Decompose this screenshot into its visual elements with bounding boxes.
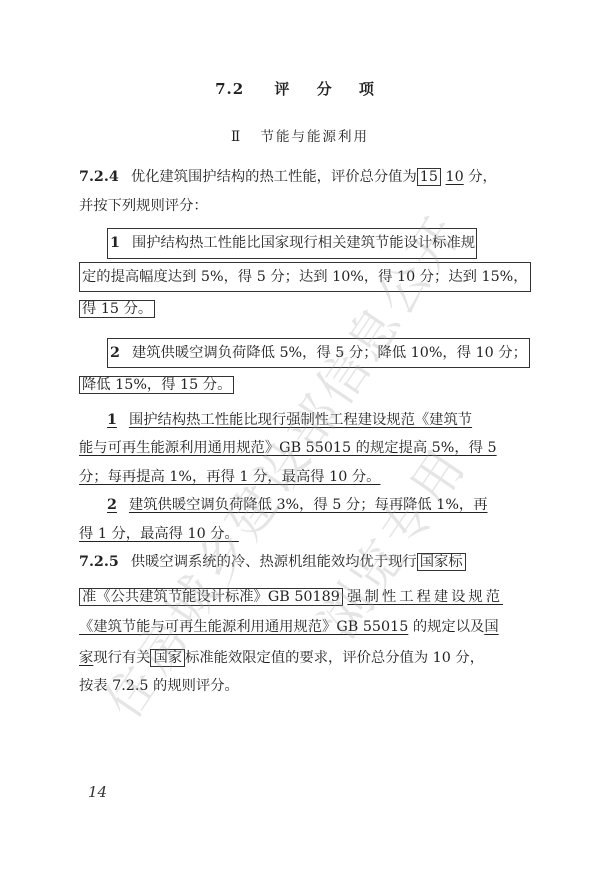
section-word: 分 [317, 80, 333, 98]
deleted-text: 15 [417, 168, 441, 186]
inserted-text: 能与可再生能源利用通用规范》GB 55015 的规定提高 5%，得 5 [79, 440, 497, 456]
clause-number: 7.2.4 [79, 169, 119, 185]
inserted-text: 2建筑供暖空调负荷降低 3%，得 5 分；每再降低 1%，再 [107, 497, 488, 513]
clause-7-2-5-line2: 准《公共建筑节能设计标准》GB 50189 强制性工程建设规范 [79, 583, 521, 612]
deleted-text: 1围护结构热工性能比国家现行相关建筑节能设计标准规 [107, 228, 477, 259]
item-number: 1 [110, 235, 120, 251]
clause-7-2-5-line3: 《建筑节能与可再生能源利用通用规范》GB 55015 的规定以及国 [79, 613, 521, 642]
inserted-text: 分；每再提高 1%，再得 1 分，最高得 10 分。 [79, 469, 380, 485]
inserted-text: 10 [446, 169, 464, 185]
new-item-1: 1围护结构热工性能比现行强制性工程建设规范《建筑节 [79, 406, 521, 435]
deleted-text: 国家标 [417, 553, 466, 571]
clause-text: 供暖空调系统的冷、热源机组能效均优于现行 [131, 554, 417, 570]
old-item-1-cont: 定的提高幅度达到 5%，得 5 分；达到 10%，得 10 分；达到 15%， [79, 262, 521, 291]
clause-text: 的规定以及 [408, 619, 484, 635]
new-item-2: 2建筑供暖空调负荷降低 3%，得 5 分；每再降低 1%，再 [79, 491, 521, 520]
clause-line: 并按下列规则评分： [79, 192, 521, 221]
clause-text: 现行有关 [93, 650, 150, 666]
inserted-text: 《建筑节能与可再生能源利用通用规范》GB 55015 [79, 619, 408, 635]
deleted-text: 国家 [150, 649, 185, 667]
new-item-2-cont: 得 1 分，最高得 10 分。 [79, 520, 521, 549]
item-text: 围护结构热工性能比现行强制性工程建设规范《建筑节 [129, 412, 472, 428]
deleted-text: 得 15 分。 [79, 300, 155, 318]
clause-7-2-4: 7.2.4优化建筑围护结构的热工性能，评价总分值为15 10 分， 并按下列规则… [79, 163, 521, 701]
section-title: 7.2 评 分 项 [0, 78, 600, 99]
inserted-text: 强制性工程建设规范 [347, 589, 503, 605]
new-item-1-cont: 能与可再生能源利用通用规范》GB 55015 的规定提高 5%，得 5 [79, 434, 521, 463]
section-word: 项 [359, 80, 375, 98]
old-item-2: 2建筑供暖空调负荷降低 5%，得 5 分；降低 10%，得 10 分； [79, 338, 521, 367]
clause-number: 7.2.5 [79, 554, 119, 570]
old-item-1: 1围护结构热工性能比国家现行相关建筑节能设计标准规 [79, 228, 521, 257]
clause-7-2-5-line1: 7.2.5供暖空调系统的冷、热源机组能效均优于现行国家标 [79, 548, 521, 577]
clause-text: 优化建筑围护结构的热工性能，评价总分值为 [131, 169, 417, 185]
item-text: 建筑供暖空调负荷降低 3%，得 5 分；每再降低 1%，再 [129, 497, 488, 513]
new-item-1-cont: 分；每再提高 1%，再得 1 分，最高得 10 分。 [79, 463, 521, 492]
clause-text: 标准能效限定值的要求，评价总分值为 10 分， [185, 650, 484, 666]
clause-text: 分， [464, 169, 497, 185]
clause-line: 7.2.4优化建筑围护结构的热工性能，评价总分值为15 10 分， [79, 163, 521, 192]
document-page: 7.2 评 分 项 Ⅱ 节能与能源利用 7.2.4优化建筑围护结构的热工性能，评… [0, 0, 600, 869]
section-word: 评 [274, 80, 290, 98]
inserted-text: 得 1 分，最高得 10 分。 [79, 526, 239, 542]
clause-7-2-5-line5: 按表 7.2.5 的规则评分。 [79, 672, 521, 701]
section-number: 7.2 [215, 80, 244, 98]
deleted-text: 降低 15%，得 15 分。 [79, 376, 234, 394]
inserted-text: 1围护结构热工性能比现行强制性工程建设规范《建筑节 [107, 412, 472, 428]
item-number: 2 [107, 497, 117, 513]
item-text: 建筑供暖空调负荷降低 5%，得 5 分；降低 10%，得 10 分； [132, 345, 527, 361]
subsection-title: Ⅱ 节能与能源利用 [0, 125, 600, 145]
old-item-1-cont: 得 15 分。 [79, 295, 521, 324]
inserted-text: 国 [484, 619, 498, 635]
subsection-roman: Ⅱ [231, 129, 240, 145]
page-number: 14 [88, 783, 107, 801]
deleted-text: 准《公共建筑节能设计标准》GB 50189 [79, 588, 343, 606]
clause-7-2-5-line4: 家现行有关国家标准能效限定值的要求，评价总分值为 10 分， [79, 644, 521, 673]
inserted-text: 家 [79, 650, 93, 666]
item-number: 2 [110, 345, 120, 361]
old-item-2-cont: 降低 15%，得 15 分。 [79, 371, 521, 400]
deleted-text: 定的提高幅度达到 5%，得 5 分；达到 10%，得 10 分；达到 15%， [79, 262, 531, 293]
item-number: 1 [107, 412, 117, 428]
deleted-text: 2建筑供暖空调负荷降低 5%，得 5 分；降低 10%，得 10 分； [107, 338, 530, 369]
subsection-label: 节能与能源利用 [260, 129, 369, 145]
item-text: 围护结构热工性能比国家现行相关建筑节能设计标准规 [132, 235, 475, 251]
